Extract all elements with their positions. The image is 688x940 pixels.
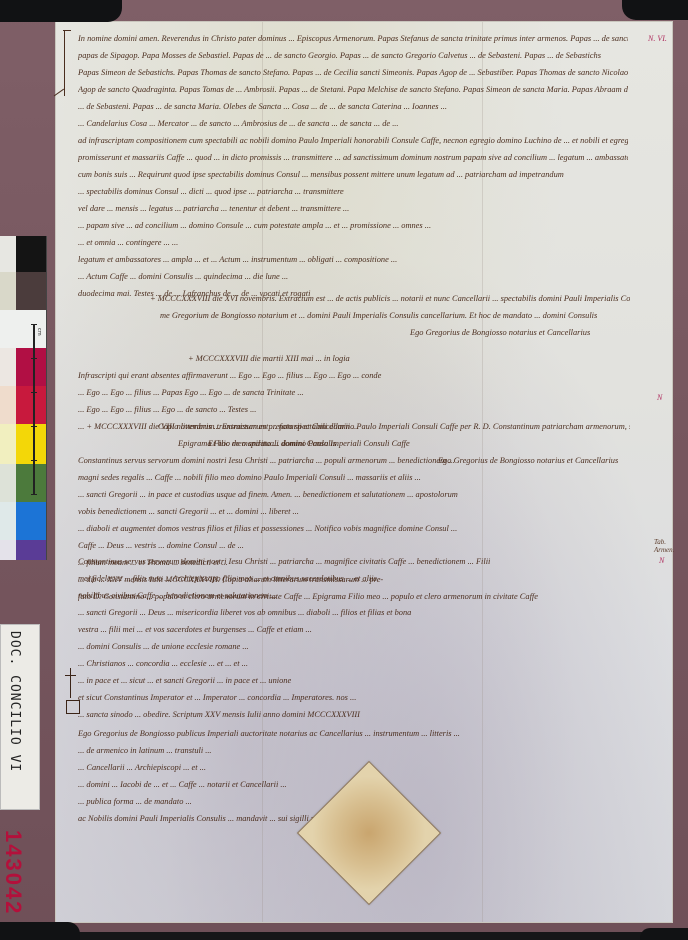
text-line: Infrascripti qui erant absentes affirmav… bbox=[78, 367, 628, 384]
ruler-scale bbox=[33, 324, 35, 494]
text-line: ... Actum Caffe ... domini Consulis ... … bbox=[78, 268, 628, 285]
margin-mark: N bbox=[659, 556, 664, 565]
text-block-extract-note: + MCCCXXXVIII die XVI novembris. Extract… bbox=[150, 290, 630, 341]
text-line: + MCCCXXXVIII die martii XIII mai ... in… bbox=[78, 350, 628, 367]
text-line: Ego Gregorius de Bongiosso publicus Impe… bbox=[78, 725, 630, 742]
text-line: ad infrascriptam compositionem cum spect… bbox=[78, 132, 628, 149]
swatch bbox=[0, 236, 46, 272]
text-line: et sicut Constantinus Imperator et ... I… bbox=[78, 689, 630, 706]
ruler-tick bbox=[31, 460, 37, 461]
text-line: vel dare ... mensis ... legatus ... patr… bbox=[78, 200, 628, 217]
text-line: Epigrama Filio meo spirituali domino Pau… bbox=[78, 435, 630, 452]
swatch bbox=[0, 348, 46, 386]
diamond-seal-icon bbox=[297, 761, 441, 905]
text-line: Caffe ... Deus ... vestris ... domine Co… bbox=[78, 537, 630, 554]
archive-label-text: DOC. CONCILIO VI bbox=[7, 631, 22, 772]
mount-clip bbox=[622, 0, 688, 20]
text-line: + MCCCXXXVIII die XVI novembris. Extract… bbox=[150, 290, 630, 307]
folio-mark: N. VI. bbox=[648, 34, 667, 43]
text-line: ... sancta sinodo ... obedire. Scriptum … bbox=[78, 706, 630, 723]
text-block-protocol: In nomine domini amen. Reverendus in Chr… bbox=[78, 30, 628, 302]
mount-clip bbox=[0, 922, 80, 940]
color-calibration-chart: cm bbox=[0, 236, 47, 560]
margin-note: Tab. Armen. bbox=[654, 538, 684, 554]
ruler-unit-label: cm bbox=[36, 328, 42, 336]
ruler-tick bbox=[31, 324, 37, 325]
text-line: ... Ego ... Ego ... filius ... Papas Ego… bbox=[78, 384, 628, 401]
text-line: vobis benedictionem ... sancti Gregorii … bbox=[78, 503, 630, 520]
swatch bbox=[0, 386, 46, 424]
text-line: ... et omnia ... contingere ... ... bbox=[78, 234, 628, 251]
text-line: Agop de sancto Quadraginta. Papas Tomas … bbox=[78, 81, 628, 98]
text-line: ... domini Consulis ... de unione eccles… bbox=[78, 638, 630, 655]
margin-mark: N bbox=[657, 393, 662, 402]
text-line: cum bonis suis ... Requirunt quod ipse s… bbox=[78, 166, 628, 183]
seal bbox=[298, 762, 438, 902]
swatch bbox=[0, 502, 46, 540]
ruler-tick bbox=[31, 392, 37, 393]
text-line: In nomine domini amen. Reverendus in Chr… bbox=[78, 30, 628, 47]
inventory-number: 143042 bbox=[0, 830, 26, 915]
text-line: ... sancti Gregorii ... in pace et custo… bbox=[78, 486, 630, 503]
notary-sign-icon bbox=[66, 700, 80, 714]
ruler-tick bbox=[31, 358, 37, 359]
mount-clip bbox=[0, 0, 122, 22]
text-line: Papas Simeon de Sebastichs. Papas Thomas… bbox=[78, 64, 628, 81]
text-line: ... diaboli et augmentet domos vestras f… bbox=[78, 520, 630, 537]
text-line: me Gregorium de Bongiosso notarium et ..… bbox=[150, 307, 630, 324]
text-line: vestra ... filii mei ... et vos sacerdot… bbox=[78, 621, 630, 638]
text-line: ... spectabilis dominus Consul ... dicti… bbox=[78, 183, 628, 200]
swatch bbox=[0, 464, 46, 502]
bottom-edge bbox=[0, 932, 688, 940]
text-line: legatum et ambassatores ... ampla ... et… bbox=[78, 251, 628, 268]
notary-signature-line: Ego Gregorius de Bongiosso notarius et C… bbox=[150, 324, 630, 341]
text-line: promisserunt et massariis Caffe ... quod… bbox=[78, 149, 628, 166]
text-line: Copia litterarum transmissarum prefato s… bbox=[78, 418, 630, 435]
swatch bbox=[0, 540, 46, 560]
text-line: Constantinus servus servorum domini nost… bbox=[78, 452, 630, 469]
swatch bbox=[0, 424, 46, 464]
archive-label-card: DOC. CONCILIO VI bbox=[0, 624, 40, 810]
text-line: ... papam sive ... ad concilium ... domi… bbox=[78, 217, 628, 234]
text-line: ... in pace et ... sicut ... et sancti G… bbox=[78, 672, 630, 689]
mount-clip bbox=[640, 928, 688, 940]
text-line: ... de armenico in latinum ... transtuli… bbox=[78, 742, 630, 759]
text-line: ... Candelarius Cosa ... Mercator ... de… bbox=[78, 115, 628, 132]
text-block-copy-letter-2: Constantinus servus servorum domini nost… bbox=[78, 553, 630, 723]
text-line: ... sancti Gregorii ... Deus ... miseric… bbox=[78, 604, 630, 621]
text-line: ... Christianos ... concordia ... eccles… bbox=[78, 655, 630, 672]
text-line: magni sedes regalis ... Caffe ... nobili… bbox=[78, 469, 630, 486]
text-line: nobilibus civibus Caffe ... benedictione… bbox=[78, 587, 630, 604]
text-line: papas de Sipagop. Papa Mosses de Sebasti… bbox=[78, 47, 628, 64]
text-line: ... Ego ... Ego ... filius ... Ego ... d… bbox=[78, 401, 628, 418]
swatch bbox=[0, 272, 46, 310]
text-line: Constantinus servus servorum domini nost… bbox=[78, 553, 630, 570]
ruler-tick bbox=[31, 426, 37, 427]
ruler-tick bbox=[31, 494, 37, 495]
decorated-initial-I bbox=[64, 30, 75, 96]
text-line: ... de Sebasteni. Papas ... de sancta Ma… bbox=[78, 98, 628, 115]
text-line: mei fideles et ... filio meo ... Archiep… bbox=[78, 570, 630, 587]
cross-icon bbox=[70, 668, 71, 698]
